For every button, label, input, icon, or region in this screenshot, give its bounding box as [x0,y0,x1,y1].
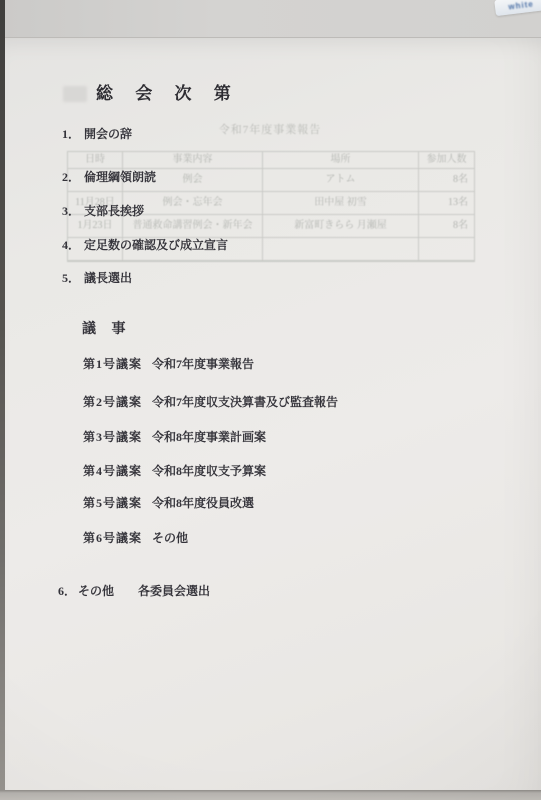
other-item-text: 各委員会選出 [138,585,210,597]
desk-surface-bottom [0,790,541,800]
agenda-item: 1． 開会の辞 [62,128,132,140]
bleed-cell: 普通救命講習例会・新年会 [123,215,263,238]
agenda-item-text: 開会の辞 [84,128,132,140]
proposal-text: 令和8年度収支予算案 [152,465,266,477]
proposal-row: 第3号議案 令和8年度事業計画案 [83,431,266,443]
proposal-text: 令和7年度事業報告 [152,358,254,370]
bleed-header-cell: 事業内容 [123,152,263,169]
agenda-item-text: 倫理綱領朗読 [84,171,156,183]
proposal-number: 第3号議案 [83,431,152,443]
bleed-cell [419,238,474,261]
photo-of-document: 令和7年度事業報告 日時 事業内容 場所 参加人数 例会 アトム 8名 11月2… [0,0,541,800]
agenda-item: 3． 支部長挨拶 [62,205,144,217]
bleed-cell: 1月23日 [68,215,123,238]
other-item-label: その他 [78,585,138,597]
proposal-number: 第2号議案 [83,396,152,408]
bleed-cell: アトム [263,169,419,192]
proposal-number: 第5号議案 [83,497,152,509]
proposal-number: 第6号議案 [83,532,152,544]
bleed-header-cell: 参加人数 [419,152,474,169]
agenda-item: 2． 倫理綱領朗読 [62,171,156,183]
proposal-row: 第6号議案 その他 [83,532,188,544]
bleed-header-cell: 日時 [68,152,123,169]
agenda-item: 5． 議長選出 [62,272,132,284]
bleed-cell: 13名 [419,192,474,215]
agenda-item-text: 支部長挨拶 [84,205,144,217]
proposal-text: その他 [152,532,188,544]
proposal-row: 第4号議案 令和8年度収支予算案 [83,465,266,477]
proposal-text: 令和8年度事業計画案 [152,431,266,443]
bleed-cell: 田中屋 初雪 [263,192,419,215]
agenda-item-number: 3． [62,205,84,217]
desk-surface-top [0,0,541,38]
other-item-number: 6． [58,585,78,597]
proposal-row: 第1号議案 令和7年度事業報告 [83,358,254,370]
agenda-item-number: 5． [62,272,84,284]
agenda-item-number: 1． [62,128,84,140]
agenda-item-number: 4． [62,239,84,251]
agenda-item: 4． 定足数の確認及び成立宣言 [62,239,228,251]
proposal-text: 令和7年度収支決算書及び監査報告 [152,396,338,408]
bleed-header-cell: 場所 [263,152,419,169]
bleed-cell: 新富町きらら 月瀬屋 [263,215,419,238]
corner-object-text: white [508,0,534,11]
proposal-row: 第2号議案 令和7年度収支決算書及び監査報告 [83,396,338,408]
paper-sheet: 令和7年度事業報告 日時 事業内容 場所 参加人数 例会 アトム 8名 11月2… [5,37,541,791]
bleed-cell: 8名 [419,169,474,192]
document-title: 総 会 次 第 [96,85,240,102]
redaction-blur [63,86,87,102]
bleed-cell: 8名 [419,215,474,238]
proposal-text: 令和8年度役員改選 [152,497,254,509]
other-item-row: 6． その他 各委員会選出 [58,585,210,597]
proceedings-heading: 議 事 [82,323,132,337]
agenda-item-text: 定足数の確認及び成立宣言 [84,239,228,251]
proposal-number: 第1号議案 [83,358,152,370]
proposal-row: 第5号議案 令和8年度役員改選 [83,497,254,509]
agenda-item-text: 議長選出 [84,272,132,284]
proposal-number: 第4号議案 [83,465,152,477]
agenda-item-number: 2． [62,171,84,183]
bleed-cell [263,238,419,261]
